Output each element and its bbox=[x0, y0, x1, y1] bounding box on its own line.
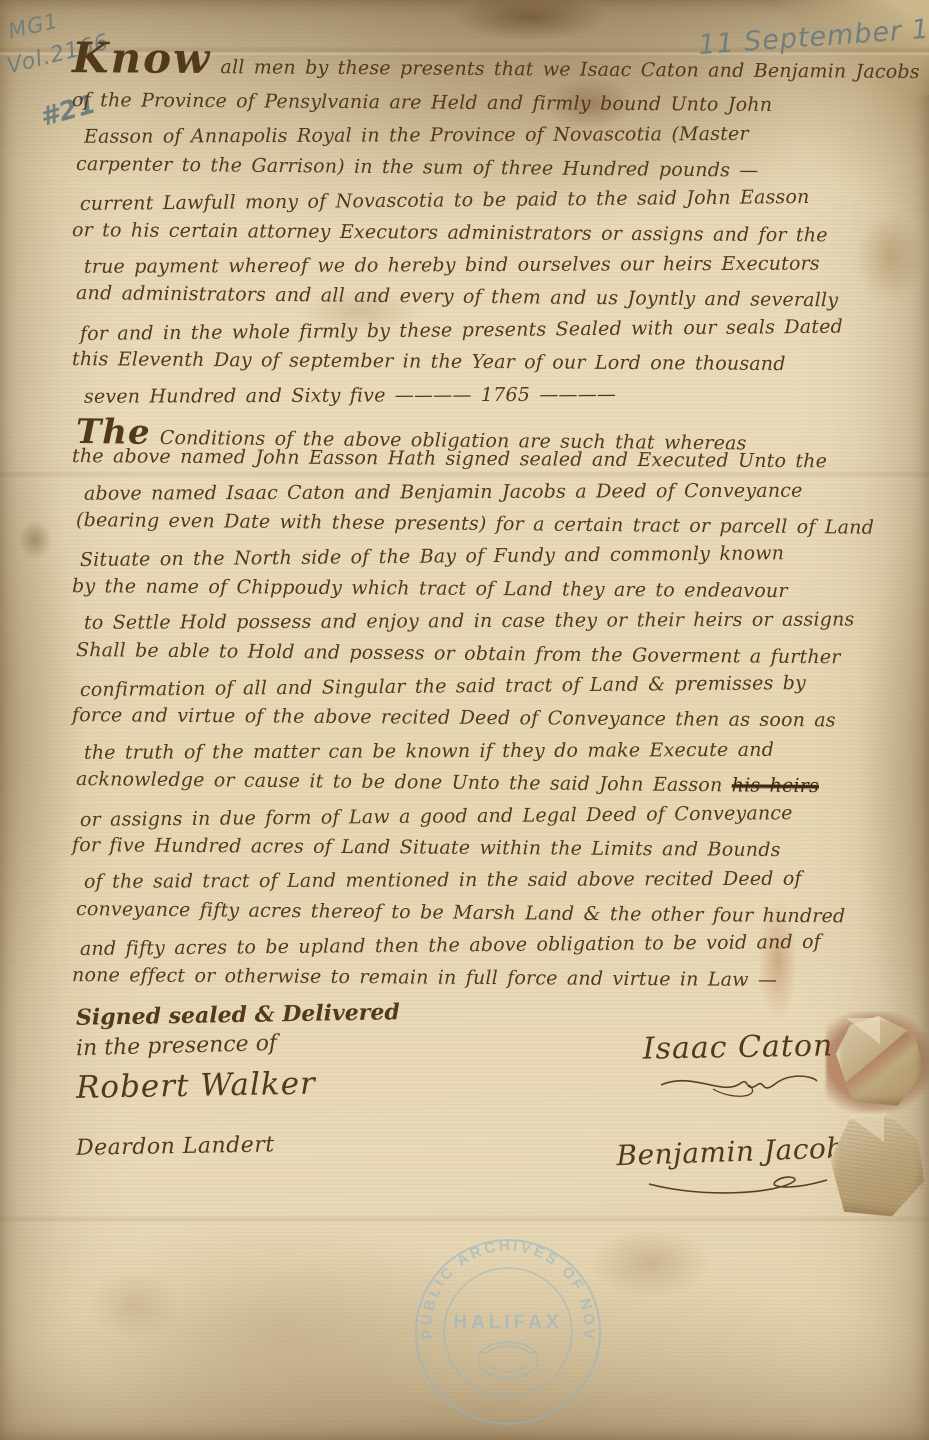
attestation-block: Signed sealed & Delivered in the presenc… bbox=[76, 1002, 400, 1158]
manuscript-line: to Settle Hold possess and enjoy and in … bbox=[84, 608, 904, 644]
manuscript-line: or to his certain attorney Executors adm… bbox=[72, 219, 904, 257]
manuscript-line: of the Province of Pensylvania are Held … bbox=[72, 89, 904, 127]
seal-wafer-fold bbox=[846, 1114, 884, 1142]
signature-flourish bbox=[653, 1067, 823, 1101]
manuscript-line-opening: Know all men by these presents that we I… bbox=[72, 43, 904, 95]
signature-flourish bbox=[643, 1170, 833, 1200]
manuscript-line: the above named John Easson Hath signed … bbox=[72, 445, 904, 483]
seal-wafer-fold bbox=[846, 1018, 880, 1044]
stamp-center-text: HALIFAX bbox=[453, 1312, 562, 1333]
obligation-paragraph: of the Province of Pensylvania are Held … bbox=[72, 92, 904, 416]
manuscript-line: for five Hundred acres of Land Situate w… bbox=[72, 834, 904, 872]
witness-signature: Robert Walker bbox=[76, 1064, 400, 1106]
manuscript-line: force and virtue of the above recited De… bbox=[72, 705, 904, 743]
manuscript-body: Know all men by these presents that we I… bbox=[72, 46, 904, 999]
manuscript-line: of the said tract of Land mentioned in t… bbox=[84, 868, 904, 904]
archive-stamp: PUBLIC ARCHIVES OF NOVA SCOTIA HALIFAX bbox=[408, 1232, 608, 1432]
manuscript-line: by the name of Chippoudy which tract of … bbox=[72, 575, 904, 613]
attestation-line: in the presence of bbox=[76, 1028, 400, 1061]
opening-initial-word: Know bbox=[72, 33, 212, 83]
manuscript-line: this Eleventh Day of september in the Ye… bbox=[72, 348, 904, 386]
manuscript-line: Easson of Annapolis Royal in the Provinc… bbox=[84, 123, 904, 159]
manuscript-line: none effect or otherwise to remain in fu… bbox=[72, 964, 904, 1002]
scanned-manuscript: MG1 Vol.2166 #21 11 September 1765 Know … bbox=[0, 0, 929, 1440]
witness-signature: Deardon Landert bbox=[76, 1130, 400, 1161]
attestation-line: Signed sealed & Delivered bbox=[76, 999, 400, 1031]
opening-line-text: all men by these presents that we Isaac … bbox=[220, 56, 919, 83]
conditions-paragraph: the above named John Easson Hath signed … bbox=[72, 448, 904, 999]
